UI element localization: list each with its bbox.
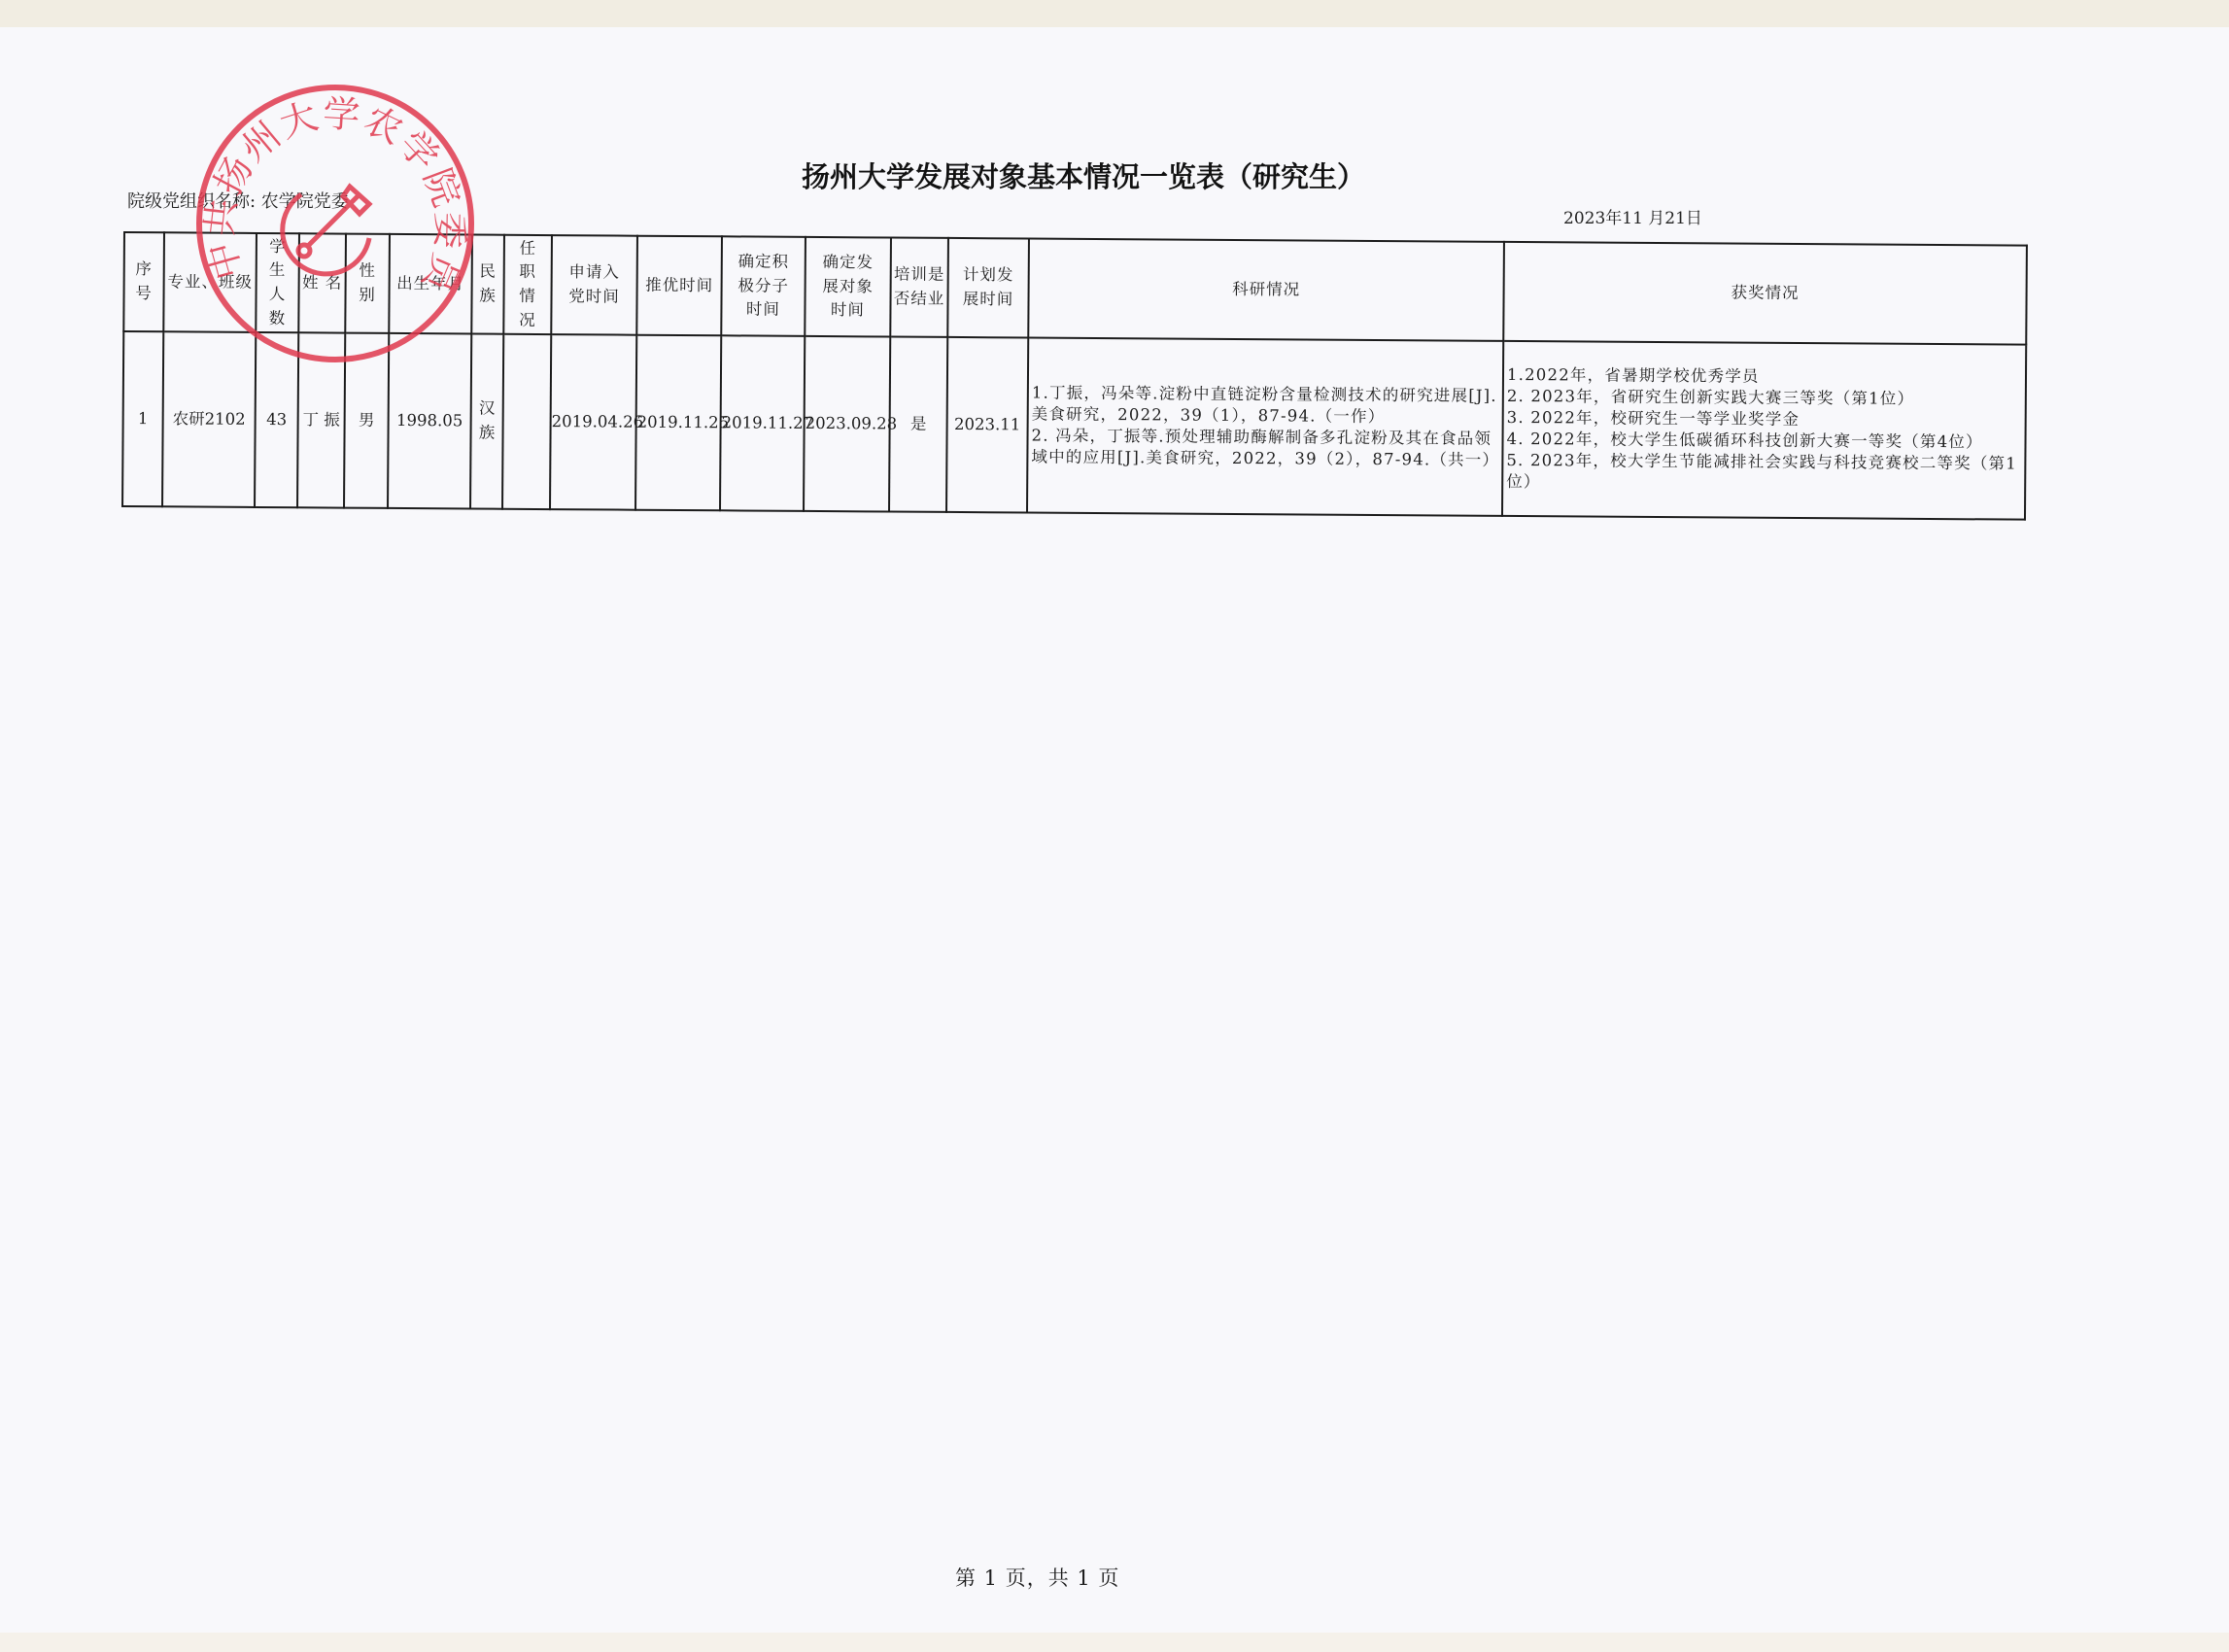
header-position: 任职情况 <box>503 235 552 334</box>
cell-activist-date: 2019.11.27 <box>720 335 805 511</box>
document-date: 2023年11 月21日 <box>1563 204 1702 228</box>
cell-planned-date: 2023.11 <box>946 337 1028 513</box>
header-awards: 获奖情况 <box>1503 242 2027 345</box>
cell-birth: 1998.05 <box>388 333 471 509</box>
header-major-class: 专业、班级 <box>163 232 257 332</box>
scan-top-edge <box>0 0 2229 27</box>
header-training-done: 培训是否结业 <box>890 238 948 337</box>
candidate-table: 序号 专业、班级 学生人数 姓 名 性别 出生年月 民族 任职情况 申请入党时间… <box>121 231 2028 521</box>
cell-training-done: 是 <box>889 337 947 512</box>
header-ethnicity: 民族 <box>471 235 504 334</box>
cell-student-count: 43 <box>255 332 298 507</box>
cell-apply-date: 2019.04.26 <box>550 334 636 510</box>
header-candidate-date: 确定发展对象时间 <box>805 237 891 337</box>
cell-name: 丁 振 <box>297 332 345 507</box>
scan-bottom-edge <box>0 1633 2229 1652</box>
org-name-label: 院级党组织名称: 农学院党委 <box>127 188 349 213</box>
cell-recommend-date: 2019.11.25 <box>635 335 721 511</box>
research-item: 2. 冯朵，丁振等.预处理辅助酶解制备多孔淀粉及其在食品领域中的应用[J].美食… <box>1031 426 1499 471</box>
cell-ethnicity: 汉族 <box>470 334 503 509</box>
cell-gender: 男 <box>344 333 389 508</box>
cell-position <box>502 334 551 509</box>
research-item: 1.丁振，冯朵等.淀粉中直链淀粉含量检测技术的研究进展[J].美食研究，2022… <box>1032 383 1500 429</box>
table-header-row: 序号 专业、班级 学生人数 姓 名 性别 出生年月 民族 任职情况 申请入党时间… <box>123 232 2027 345</box>
header-planned-date: 计划发展时间 <box>947 238 1029 338</box>
cell-major-class: 农研2102 <box>162 331 256 507</box>
header-gender: 性别 <box>345 234 390 333</box>
cell-seq: 1 <box>122 331 163 506</box>
cell-research: 1.丁振，冯朵等.淀粉中直链淀粉含量检测技术的研究进展[J].美食研究，2022… <box>1027 338 1503 516</box>
header-research: 科研情况 <box>1028 239 1504 341</box>
award-item: 5. 2023年，校大学生节能减排社会实践与科技竞赛校二等奖（第1位） <box>1506 450 2022 497</box>
header-name: 姓 名 <box>298 233 346 332</box>
header-student-count: 学生人数 <box>256 233 299 332</box>
table-row: 1 农研2102 43 丁 振 男 1998.05 汉族 2019.04.26 … <box>122 331 2026 520</box>
header-activist-date: 确定积极分子时间 <box>721 236 806 336</box>
document-title: 扬州大学发展对象基本情况一览表（研究生） <box>802 155 1331 195</box>
header-apply-date: 申请入党时间 <box>551 235 637 335</box>
header-recommend-date: 推优时间 <box>636 236 722 336</box>
cell-awards: 1.2022年，省暑期学校优秀学员 2. 2023年，省研究生创新实践大赛三等奖… <box>1502 341 2026 520</box>
cell-candidate-date: 2023.09.28 <box>804 336 890 512</box>
page-number: 第 1 页，共 1 页 <box>955 1563 1119 1592</box>
header-seq: 序号 <box>123 232 164 331</box>
header-birth: 出生年月 <box>389 234 472 334</box>
